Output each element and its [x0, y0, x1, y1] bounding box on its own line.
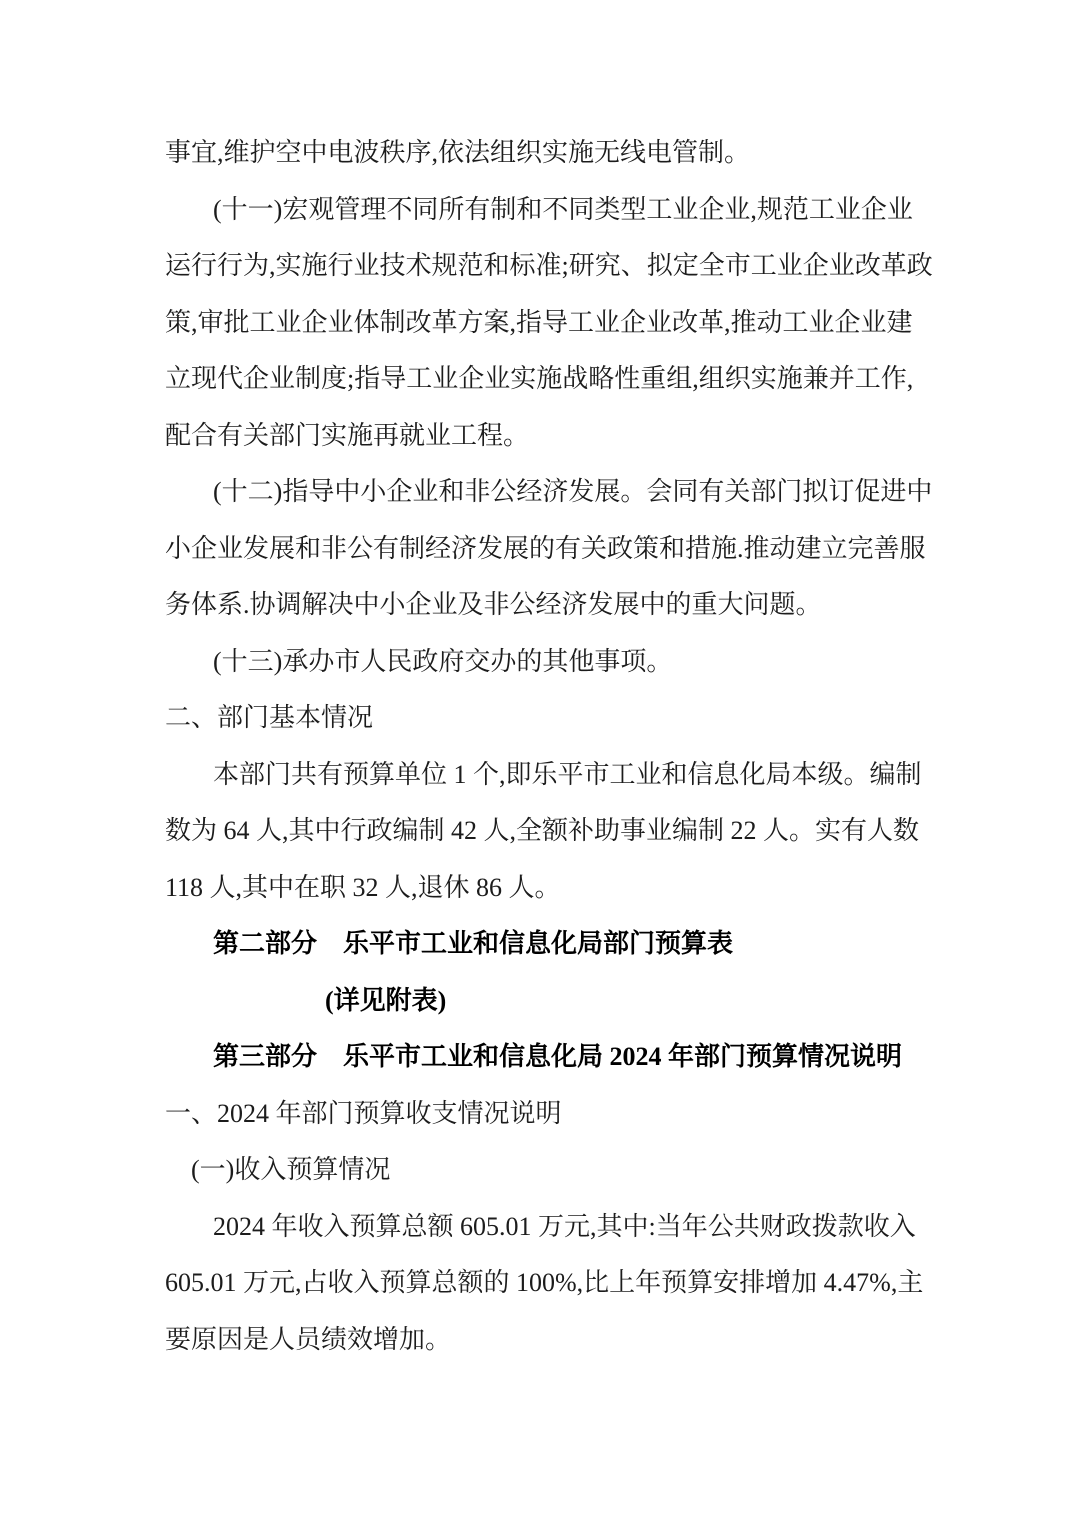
- text-line: 本部门共有预算单位 1 个,即乐平市工业和信息化局本级。编制: [165, 747, 925, 804]
- text-line: 立现代企业制度;指导工业企业实施战略性重组,组织实施兼并工作,: [165, 351, 925, 408]
- text-line: 2024 年收入预算总额 605.01 万元,其中:当年公共财政拨款收入: [165, 1199, 925, 1256]
- section2-heading: 第二部分 乐平市工业和信息化局部门预算表: [165, 916, 925, 973]
- text-line: (十一)宏观管理不同所有制和不同类型工业企业,规范工业企业: [165, 182, 925, 239]
- text-line: 务体系.协调解决中小企业及非公经济发展中的重大问题。: [165, 577, 925, 634]
- subsection-heading: 一、2024 年部门预算收支情况说明: [165, 1086, 925, 1143]
- text-line: (十三)承办市人民政府交办的其他事项。: [165, 634, 925, 691]
- text-line: (十二)指导中小企业和非公经济发展。会同有关部门拟订促进中: [165, 464, 925, 521]
- section3-heading: 第三部分 乐平市工业和信息化局 2024 年部门预算情况说明: [165, 1029, 925, 1086]
- text-line: 事宜,维护空中电波秩序,依法组织实施无线电管制。: [165, 125, 925, 182]
- text-line: 小企业发展和非公有制经济发展的有关政策和措施.推动建立完善服: [165, 521, 925, 578]
- text-line: 118 人,其中在职 32 人,退休 86 人。: [165, 860, 925, 917]
- section-list-heading: 二、部门基本情况: [165, 690, 925, 747]
- text-line: 数为 64 人,其中行政编制 42 人,全额补助事业编制 22 人。实有人数: [165, 803, 925, 860]
- appendix-note: (详见附表): [165, 973, 925, 1030]
- text-line: 605.01 万元,占收入预算总额的 100%,比上年预算安排增加 4.47%,…: [165, 1255, 925, 1312]
- text-line: 配合有关部门实施再就业工程。: [165, 408, 925, 465]
- text-line: 要原因是人员绩效增加。: [165, 1312, 925, 1369]
- document-body: 事宜,维护空中电波秩序,依法组织实施无线电管制。 (十一)宏观管理不同所有制和不…: [165, 125, 925, 1368]
- document-page: 事宜,维护空中电波秩序,依法组织实施无线电管制。 (十一)宏观管理不同所有制和不…: [0, 0, 1074, 1520]
- subsection-heading: (一)收入预算情况: [165, 1142, 925, 1199]
- text-line: 运行行为,实施行业技术规范和标准;研究、拟定全市工业企业改革政: [165, 238, 925, 295]
- text-line: 策,审批工业企业体制改革方案,指导工业企业改革,推动工业企业建: [165, 295, 925, 352]
